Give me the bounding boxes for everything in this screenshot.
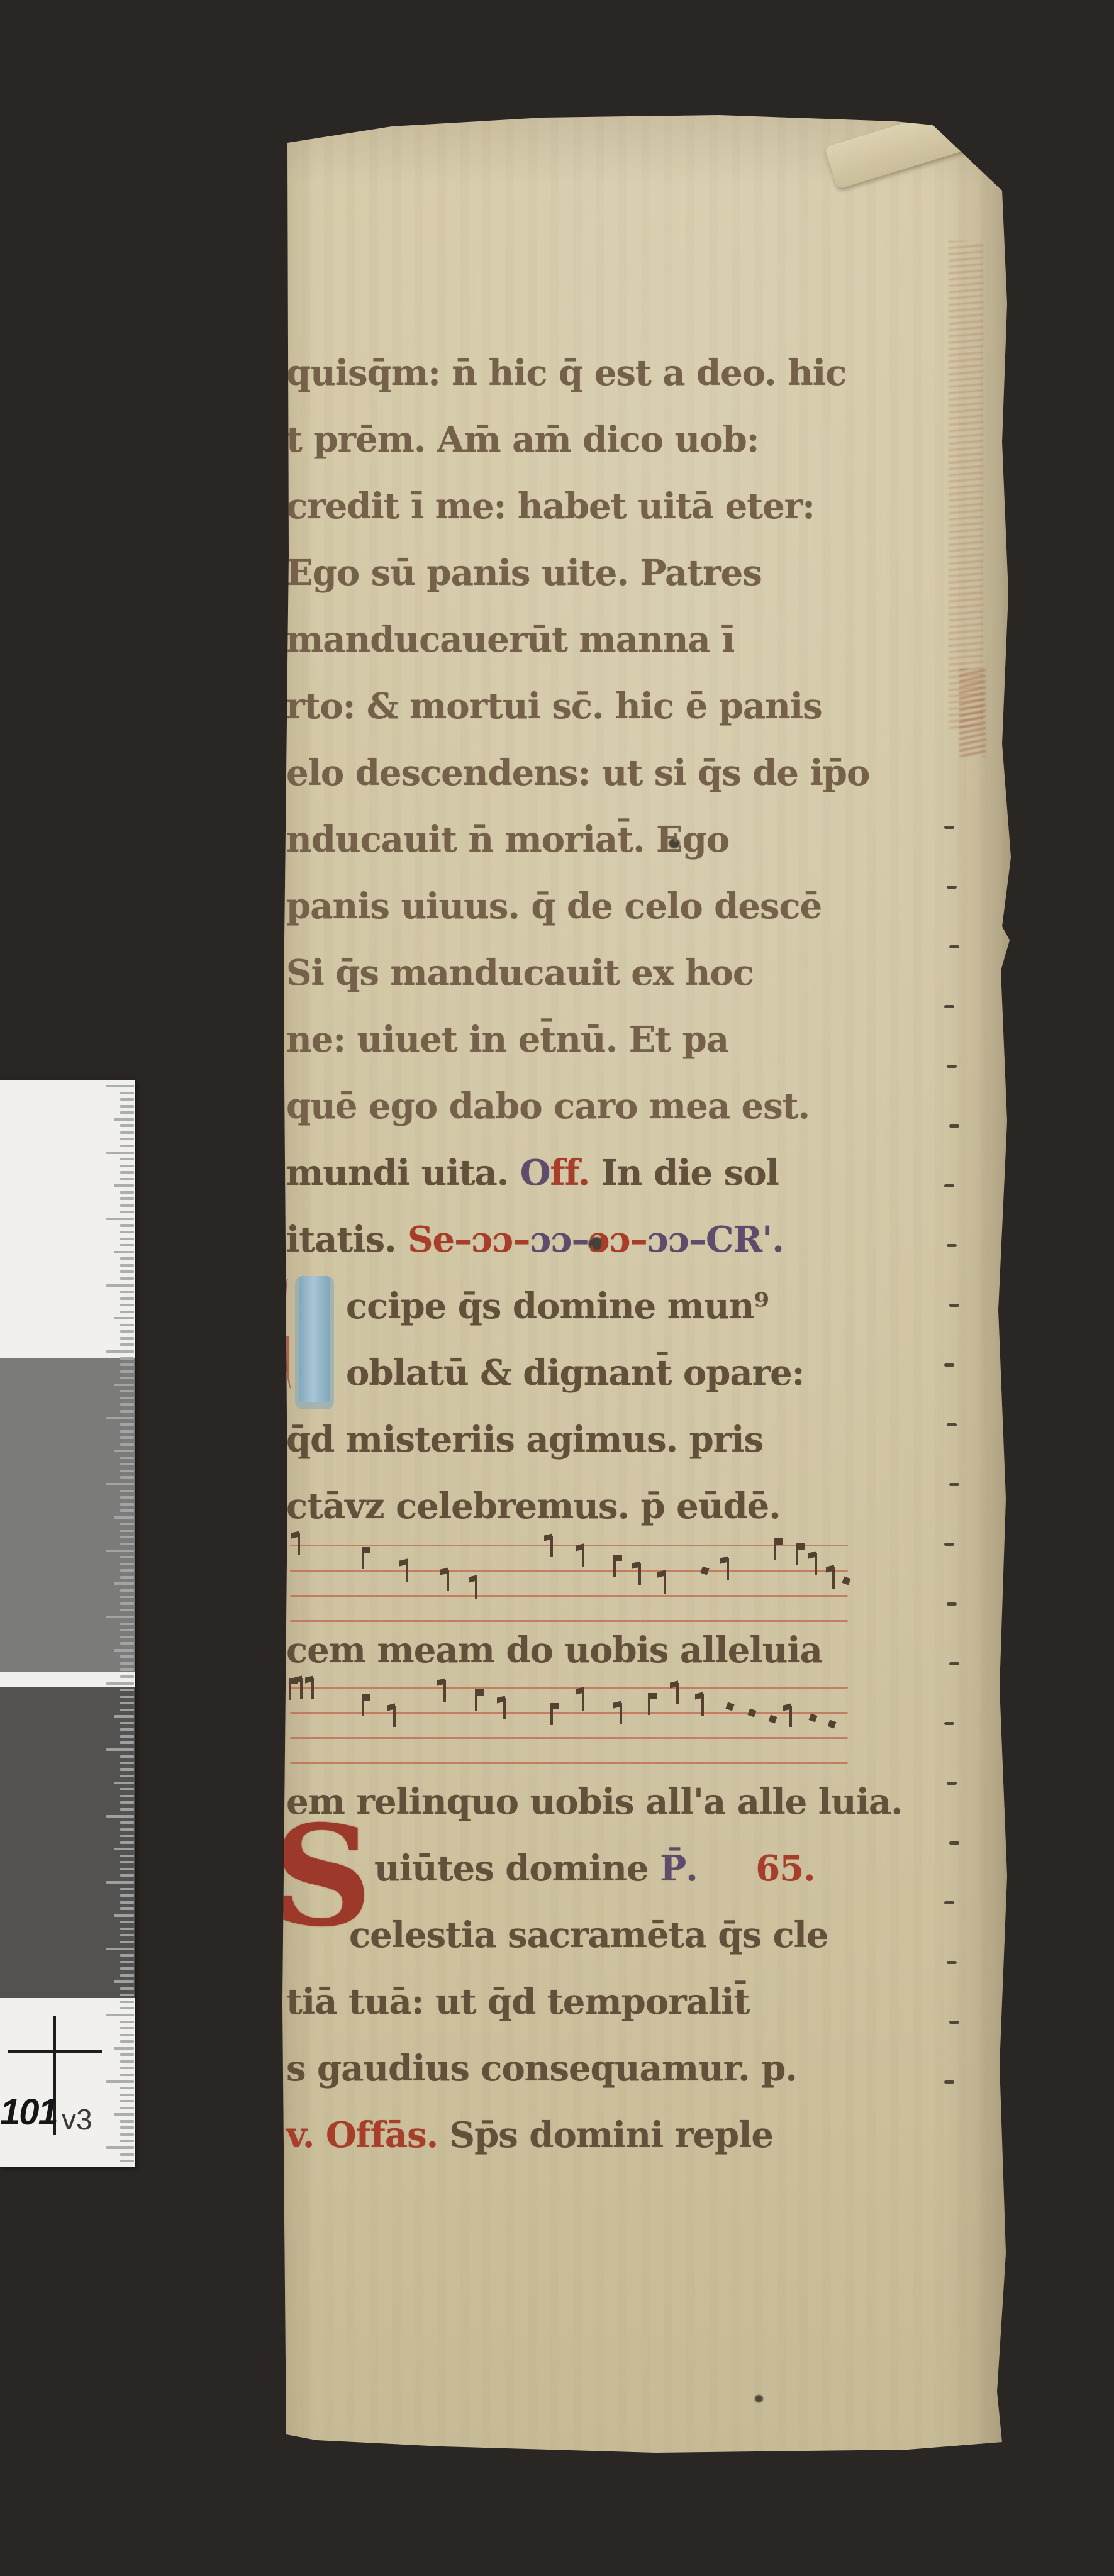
ruler-tick bbox=[120, 2153, 134, 2156]
ruler-tick bbox=[106, 2014, 134, 2016]
ruler-tick bbox=[120, 2074, 134, 2076]
ruler-tick bbox=[120, 1556, 134, 1558]
ruler-tick bbox=[120, 1503, 134, 1506]
manuscript-text-line: ctāvz celebremus. p̄ eūdē. bbox=[286, 1473, 855, 1540]
ruler-tick bbox=[120, 1768, 134, 1771]
ruler-tick bbox=[120, 1264, 134, 1267]
manuscript-text-line: t prēm. Am̄ am̄ dico uob: bbox=[286, 406, 855, 473]
ruler-band bbox=[0, 1687, 135, 1998]
manuscript-text-line: nducauit n̄ moriat̄. Ego bbox=[286, 806, 855, 873]
ruler-tick bbox=[114, 1649, 134, 1652]
ruler-tick bbox=[120, 2067, 134, 2069]
text-segment: credit ī me: habet uitā eter: bbox=[286, 486, 815, 527]
ruler-tick bbox=[120, 1835, 134, 1837]
ruler-tick bbox=[120, 2007, 134, 2009]
staff-line bbox=[290, 1570, 848, 1572]
neume bbox=[300, 1678, 303, 1699]
ruler-tick bbox=[120, 2094, 134, 2096]
ruler-tick bbox=[106, 1152, 134, 1154]
stitch-hole bbox=[949, 1124, 959, 1128]
stitch-hole bbox=[944, 1901, 954, 1904]
ruler-tick bbox=[120, 1728, 134, 1731]
manuscript-leaf: quisq̄m: n̄ hic q̄ est a deo. hict prēm… bbox=[279, 115, 1013, 2453]
text-segment: quisq̄m: n̄ hic q̄ est a deo. hic bbox=[286, 352, 846, 394]
ruler-tick bbox=[120, 1655, 134, 1658]
ruler-tick bbox=[120, 1808, 134, 1811]
ruler-tick bbox=[120, 2100, 134, 2102]
neume bbox=[503, 1698, 506, 1719]
text-segment: q̄d misteriis agimus. pris bbox=[286, 1419, 763, 1460]
ruler-tick bbox=[106, 1284, 134, 1287]
stitch-hole bbox=[944, 1543, 954, 1546]
ruler-tick bbox=[120, 2027, 134, 2029]
ruler-tick bbox=[120, 1211, 134, 1213]
ruler-tick bbox=[106, 1682, 134, 1685]
ruler-tick bbox=[106, 1748, 134, 1751]
ruler-tick bbox=[106, 1218, 134, 1220]
ruler-tick bbox=[120, 1529, 134, 1532]
neume bbox=[842, 1576, 850, 1585]
neume bbox=[475, 1577, 477, 1599]
neume bbox=[298, 1533, 300, 1555]
ruler-tick bbox=[120, 1709, 134, 1711]
text-segment: ccipe q̄s domine mun⁹ bbox=[346, 1285, 769, 1327]
text-segment: s gaudius consequamur. p. bbox=[286, 2048, 797, 2089]
ruler-tick bbox=[120, 1855, 134, 1857]
ruler-tick bbox=[114, 1516, 134, 1519]
ruler-tick bbox=[120, 1722, 134, 1724]
text-segment: celestia sacramēta q̄s cle bbox=[349, 1914, 828, 1956]
ruler-tick bbox=[120, 1390, 134, 1392]
text-segment: v. Offās. bbox=[286, 2114, 450, 2156]
ruler-tick bbox=[120, 1755, 134, 1758]
ruler-tick bbox=[114, 1184, 134, 1187]
neume bbox=[550, 1536, 553, 1557]
neume bbox=[638, 1563, 641, 1585]
ruler-tick bbox=[120, 1788, 134, 1790]
neume bbox=[808, 1713, 817, 1722]
stitch-hole bbox=[944, 1005, 954, 1008]
ruler-tick bbox=[120, 1277, 134, 1280]
ruler-tick bbox=[120, 1204, 134, 1207]
ruler-tick bbox=[120, 1689, 134, 1691]
neume bbox=[725, 1702, 734, 1711]
ruler-tick bbox=[120, 1974, 134, 1977]
staff-line bbox=[290, 1595, 848, 1597]
ruler-band bbox=[0, 1358, 135, 1672]
neume bbox=[747, 1708, 756, 1717]
ruler-tick bbox=[120, 1563, 134, 1565]
manuscript-text-line: manducauerūt manna ī bbox=[286, 606, 855, 673]
neume bbox=[664, 1572, 666, 1594]
ruler-tick bbox=[120, 1629, 134, 1631]
ruler-tick bbox=[120, 1324, 134, 1326]
text-segment: ɔɔ– bbox=[530, 1219, 588, 1260]
manuscript-text-line: v. Offās. Sp̄s domini reple bbox=[286, 2102, 855, 2168]
neume bbox=[727, 1558, 729, 1580]
text-segment: ɔɔ– bbox=[471, 1219, 530, 1260]
neume bbox=[648, 1693, 657, 1699]
stitch-hole bbox=[944, 2080, 954, 2084]
ruler-tick bbox=[120, 1795, 134, 1797]
ruler-tick bbox=[120, 2126, 134, 2129]
ruler-tick bbox=[120, 1642, 134, 1645]
text-segment: 65. bbox=[755, 1848, 815, 1889]
ruler-tick bbox=[120, 2087, 134, 2089]
ruler-tick bbox=[120, 1357, 134, 1360]
manuscript-text-line: rto: & mortui sc̄. hic ē panis bbox=[286, 673, 855, 740]
stitch-hole bbox=[947, 1961, 957, 1964]
scale-ruler: 101 v3 bbox=[0, 1080, 135, 2167]
text-segment: mundi uita. bbox=[286, 1152, 520, 1194]
neume bbox=[832, 1567, 835, 1589]
stitch-hole bbox=[949, 1483, 959, 1486]
ruler-tick bbox=[120, 2107, 134, 2109]
ruler-tick bbox=[120, 1961, 134, 1963]
ruler-tick bbox=[120, 1231, 134, 1233]
neume bbox=[700, 1566, 709, 1575]
text-segment: quē ego dabo caro mea est. bbox=[286, 1085, 810, 1127]
ruler-tick bbox=[120, 1363, 134, 1366]
ruler-tick bbox=[120, 2060, 134, 2063]
text-segment: O bbox=[520, 1152, 550, 1194]
ruler-tick bbox=[106, 1350, 134, 1353]
stitch-hole bbox=[947, 1602, 957, 1606]
ruler-tick bbox=[120, 2160, 134, 2162]
manuscript-text-line: tiā tuā: ut q̄d temporalit̄ bbox=[286, 1968, 855, 2035]
text-segment: em relinquo uobis all'a alle luia. bbox=[286, 1781, 903, 1823]
text-segment bbox=[698, 1848, 755, 1889]
ruler-tick bbox=[106, 1550, 134, 1552]
ruler-tick bbox=[120, 1775, 134, 1777]
manuscript-text-line: mundi uita. Off. In die sol bbox=[286, 1140, 855, 1206]
text-segment: rto: & mortui sc̄. hic ē panis bbox=[286, 686, 822, 727]
stitch-hole bbox=[944, 1184, 954, 1187]
ruler-tick bbox=[120, 1238, 134, 1240]
ruler-tick bbox=[120, 1941, 134, 1943]
neume bbox=[620, 1703, 622, 1724]
ruler-tick bbox=[120, 1888, 134, 1890]
ruler-tick bbox=[120, 1423, 134, 1426]
ruler-tick bbox=[114, 1384, 134, 1386]
text-segment: Se– bbox=[408, 1219, 471, 1260]
ruler-tick bbox=[114, 1251, 134, 1253]
ruler-tick bbox=[106, 1483, 134, 1485]
text-segment: itatis. bbox=[286, 1219, 408, 1260]
ruler-tick bbox=[120, 1536, 134, 1538]
ruler-tick bbox=[120, 1954, 134, 1957]
ruler-tick bbox=[120, 1457, 134, 1459]
ruler-tick bbox=[120, 1330, 134, 1333]
staff-line bbox=[290, 1620, 848, 1622]
ruler-tick bbox=[106, 1948, 134, 1950]
ruler-tick bbox=[120, 1861, 134, 1863]
red-stain-streak bbox=[949, 241, 983, 731]
text-segment: ne: uiuet in et̄nū. Et pa bbox=[286, 1019, 728, 1060]
staff-line bbox=[290, 1737, 848, 1739]
red-stain-scribble bbox=[959, 669, 986, 757]
ruler-tick bbox=[120, 1403, 134, 1406]
neume bbox=[362, 1547, 370, 1553]
ruler-tick bbox=[120, 1928, 134, 1930]
text-segment: elo descendens: ut si q̄s de ip̄o bbox=[286, 752, 869, 794]
ruler-tick bbox=[120, 1821, 134, 1824]
neume bbox=[827, 1719, 836, 1728]
ruler-tick bbox=[114, 1782, 134, 1784]
ruler-tick bbox=[120, 1828, 134, 1831]
text-segment: ɔɔ– bbox=[589, 1219, 647, 1260]
stitch-hole bbox=[949, 1841, 959, 1845]
ruler-tick bbox=[120, 1138, 134, 1140]
manuscript-text-line: oblatū & dignant̄ opare: bbox=[286, 1340, 855, 1406]
ruler-tick bbox=[120, 2053, 134, 2056]
photo-stage: quisq̄m: n̄ hic q̄ est a deo. hict prēm… bbox=[0, 0, 1114, 2576]
ruler-bands bbox=[0, 1080, 135, 2167]
ruler-tick bbox=[120, 1907, 134, 1910]
ruler-tick bbox=[120, 1337, 134, 1340]
manuscript-text-line: itatis. Se–ɔɔ–ɔɔ–ɔɔ–ɔɔ–CR'. bbox=[286, 1206, 855, 1273]
ruler-tick bbox=[120, 1509, 134, 1512]
ruler-tick bbox=[120, 1901, 134, 1904]
ruler-tick bbox=[114, 1450, 134, 1452]
ruler-tick bbox=[120, 1124, 134, 1127]
neume bbox=[582, 1689, 584, 1711]
ruler-tick bbox=[120, 1623, 134, 1625]
corner-fold bbox=[825, 105, 976, 189]
neume bbox=[613, 1555, 622, 1561]
stitch-hole bbox=[949, 1304, 959, 1307]
red-initial: S bbox=[272, 1813, 372, 1939]
ruler-tick bbox=[114, 2113, 134, 2116]
neume bbox=[582, 1546, 584, 1567]
staff-line bbox=[290, 1762, 848, 1764]
ruler-tick bbox=[106, 1815, 134, 1818]
ruler-tick bbox=[120, 1762, 134, 1764]
neume bbox=[447, 1570, 449, 1591]
ruler-tick bbox=[106, 1417, 134, 1419]
text-segment: panis uiuus. q̄ de celo descē bbox=[286, 885, 822, 927]
ruler-tick bbox=[114, 1317, 134, 1319]
neume bbox=[311, 1678, 314, 1699]
stitch-hole bbox=[944, 1363, 954, 1367]
ruler-tick bbox=[120, 1343, 134, 1346]
ruler-tick bbox=[120, 1311, 134, 1313]
neume bbox=[443, 1680, 446, 1702]
ruler-tick bbox=[114, 2047, 134, 2050]
text-segment: P̄. bbox=[660, 1848, 698, 1889]
text-segment: manducauerūt manna ī bbox=[286, 619, 734, 660]
ruler-tick bbox=[106, 2080, 134, 2083]
text-segment: ɔɔ– bbox=[647, 1219, 706, 1260]
text-segment: ff. bbox=[550, 1152, 601, 1194]
neume bbox=[406, 1561, 408, 1582]
ruler-tick bbox=[120, 1377, 134, 1379]
ruler-tick bbox=[120, 2040, 134, 2043]
staff-line bbox=[290, 1712, 848, 1714]
manuscript-text-line: panis uiuus. q̄ de celo descē bbox=[286, 873, 855, 940]
neume bbox=[815, 1553, 817, 1575]
manuscript-text-line: ne: uiuet in et̄nū. Et pa bbox=[286, 1006, 855, 1073]
neume bbox=[796, 1543, 805, 1550]
text-segment: CR'. bbox=[706, 1219, 784, 1260]
ruler-tick bbox=[120, 1370, 134, 1373]
neume bbox=[789, 1706, 792, 1727]
ruler-tick bbox=[120, 1636, 134, 1638]
ruler-tick bbox=[120, 1868, 134, 1870]
ruler-tick bbox=[120, 1270, 134, 1273]
stitch-hole bbox=[947, 1244, 957, 1247]
ruler-tick bbox=[120, 2133, 134, 2136]
ruler-tick bbox=[120, 1841, 134, 1844]
ruler-tick bbox=[120, 1490, 134, 1492]
ruler-tick bbox=[120, 1735, 134, 1738]
staff-line bbox=[290, 1545, 848, 1546]
ruler-tick bbox=[120, 1967, 134, 1970]
ruler-tick bbox=[120, 1178, 134, 1180]
ruler-tick bbox=[120, 1934, 134, 1936]
ruler-tick bbox=[106, 1616, 134, 1618]
text-segment: nducauit n̄ moriat̄. Ego bbox=[286, 819, 729, 860]
ruler-tick bbox=[120, 1145, 134, 1147]
ruler-tick bbox=[120, 1171, 134, 1174]
ruler-tick bbox=[120, 1874, 134, 1877]
neume bbox=[475, 1689, 484, 1696]
ruler-tick bbox=[120, 1675, 134, 1678]
text-segment: tiā tuā: ut q̄d temporalit̄ bbox=[286, 1981, 749, 2023]
text-segment: Sp̄s domini reple bbox=[450, 2114, 773, 2156]
manuscript-text-line: quisq̄m: n̄ hic q̄ est a deo. hic bbox=[286, 340, 855, 406]
ruler-label-version: v3 bbox=[62, 2102, 92, 2136]
ruler-tick bbox=[114, 1914, 134, 1917]
staff-line bbox=[290, 1687, 848, 1689]
ruler-tick bbox=[120, 1741, 134, 1744]
ruler-tick bbox=[120, 1105, 134, 1108]
ruler-tick bbox=[120, 1589, 134, 1592]
ruler-tick bbox=[120, 1197, 134, 1200]
manuscript-text-line: s gaudius consequamur. p. bbox=[286, 2035, 855, 2102]
ruler-tick bbox=[120, 1543, 134, 1545]
stitch-hole bbox=[947, 1065, 957, 1068]
ruler-tick bbox=[120, 1696, 134, 1698]
neume bbox=[362, 1694, 370, 1701]
ruler-tick bbox=[120, 1443, 134, 1446]
ruler-tick bbox=[120, 1668, 134, 1671]
ruler-tick bbox=[120, 2034, 134, 2036]
neume bbox=[393, 1706, 396, 1727]
ruler-tick bbox=[114, 1118, 134, 1121]
ruler-tick bbox=[120, 1158, 134, 1160]
ruler-label-number: 101 bbox=[0, 2091, 50, 2133]
neume bbox=[768, 1714, 777, 1723]
ruler-tick bbox=[120, 2021, 134, 2023]
manuscript-text-line: ccipe q̄s domine mun⁹ bbox=[286, 1273, 855, 1340]
ruler-tick bbox=[120, 1994, 134, 1996]
manuscript-text-line: credit ī me: habet uitā eter: bbox=[286, 473, 855, 540]
text-segment: In die sol bbox=[601, 1152, 779, 1194]
ruler-tick bbox=[114, 1848, 134, 1850]
ink-spot bbox=[755, 2395, 763, 2402]
ruler-tick bbox=[120, 1111, 134, 1114]
ruler-tick bbox=[120, 2140, 134, 2142]
ruler-tick bbox=[114, 1582, 134, 1585]
ruler-tick bbox=[114, 1715, 134, 1718]
text-segment: Ego sū panis uite. Patres bbox=[286, 552, 762, 594]
ruler-tick bbox=[114, 1980, 134, 1983]
text-segment: uiūtes domine bbox=[374, 1848, 660, 1889]
ruler-tick bbox=[120, 1224, 134, 1227]
stitch-hole bbox=[947, 1423, 957, 1426]
stitch-hole bbox=[949, 2021, 959, 2024]
text-segment: ctāvz celebremus. p̄ eūdē. bbox=[286, 1485, 781, 1527]
ruler-tick bbox=[120, 1801, 134, 1804]
ruler-tick bbox=[120, 1662, 134, 1665]
ruler-tick bbox=[120, 1304, 134, 1306]
ruler-tick bbox=[120, 1098, 134, 1101]
text-segment: cem meam do uobis alleluia bbox=[286, 1629, 822, 1671]
ruler-tick bbox=[120, 1463, 134, 1465]
manuscript-text-line: q̄d misteriis agimus. pris bbox=[286, 1406, 855, 1473]
ruler-tick bbox=[120, 1476, 134, 1479]
ruler-tick bbox=[120, 1410, 134, 1413]
ruler-tick bbox=[120, 1702, 134, 1704]
neume bbox=[701, 1694, 704, 1716]
ruler-tick bbox=[106, 1881, 134, 1884]
ruler-tick bbox=[120, 1987, 134, 1990]
ruler-tick bbox=[120, 2120, 134, 2123]
stitch-hole bbox=[949, 945, 959, 948]
ruler-tick bbox=[120, 2001, 134, 2003]
ruler-tick bbox=[120, 1397, 134, 1399]
ruler-tick bbox=[120, 1496, 134, 1499]
registration-cross-horizontal bbox=[8, 2050, 102, 2053]
manuscript-text-line: quē ego dabo caro mea est. bbox=[286, 1073, 855, 1140]
manuscript-text-line: Si q̄s manducauit ex hoc bbox=[286, 940, 855, 1006]
ruler-tick bbox=[120, 1569, 134, 1572]
ruler-tick bbox=[120, 1576, 134, 1579]
ruler-tick bbox=[120, 1470, 134, 1472]
text-segment: oblatū & dignant̄ opare: bbox=[346, 1352, 804, 1394]
music-staff bbox=[286, 1684, 855, 1766]
neume bbox=[774, 1538, 783, 1545]
ruler-tick bbox=[120, 1436, 134, 1439]
ruler-tick bbox=[120, 1430, 134, 1433]
stitch-hole bbox=[947, 1782, 957, 1785]
stitch-hole bbox=[944, 1722, 954, 1725]
ruler-tick bbox=[120, 1244, 134, 1246]
ruler-tick bbox=[106, 2146, 134, 2149]
text-segment: t prēm. Am̄ am̄ dico uob: bbox=[286, 419, 759, 460]
ruler-tick bbox=[120, 1596, 134, 1598]
text-segment: Si q̄s manducauit ex hoc bbox=[286, 952, 754, 994]
ruler-tick bbox=[120, 1291, 134, 1293]
ruler-tick bbox=[120, 1297, 134, 1300]
stitch-hole bbox=[949, 1662, 959, 1665]
ruler-tick bbox=[120, 1894, 134, 1897]
ruler-tick bbox=[106, 1085, 134, 1087]
ruler-tick bbox=[120, 1257, 134, 1260]
ruler-tick bbox=[120, 1165, 134, 1167]
ruler-tick bbox=[120, 1609, 134, 1611]
music-staff bbox=[286, 1542, 855, 1624]
neume bbox=[550, 1703, 559, 1709]
manuscript-text-line: cem meam do uobis alleluia bbox=[286, 1626, 855, 1682]
ruler-tick bbox=[120, 1523, 134, 1525]
ruler-tick bbox=[120, 1191, 134, 1194]
stitch-hole bbox=[944, 826, 954, 829]
ruler-tick bbox=[120, 1602, 134, 1605]
stitch-hole bbox=[947, 885, 957, 889]
ruler-tick bbox=[120, 1092, 134, 1094]
